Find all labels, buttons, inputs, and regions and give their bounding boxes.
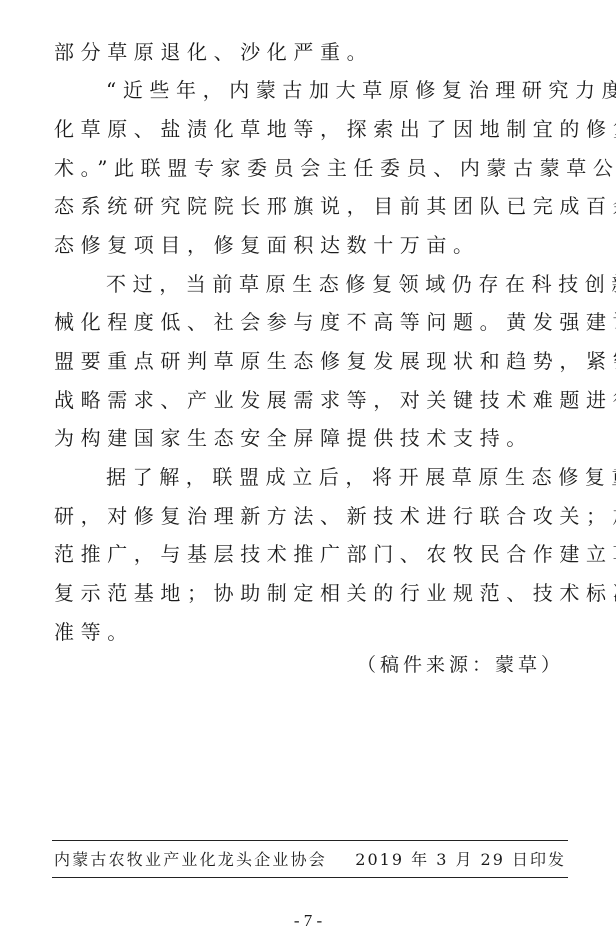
paragraph-line: 准等。 [54,613,564,652]
paragraph-line: 研，对修复治理新方法、新技术进行联合攻关；加强技术示 [54,497,564,536]
paragraph-line: 战略需求、产业发展需求等，对关键技术难题进行协同攻关， [54,381,564,420]
footer-organization: 内蒙古农牧业产业化龙头企业协会 [54,849,327,871]
paragraph-line: 态修复项目，修复面积达数十万亩。 [54,226,564,265]
footer-issue-date: 2019 年 3 月 29 日印发 [355,849,566,871]
footer-top-rule [52,840,568,841]
footer-bottom-rule [52,877,568,878]
paragraph-line: 范推广，与基层技术推广部门、农牧民合作建立草原生态修 [54,535,564,574]
paragraph-line: 盟要重点研判草原生态修复发展现状和趋势，紧密结合国家 [54,342,564,381]
paragraph-line: 据了解，联盟成立后，将开展草原生态修复重大问题调 [106,458,564,497]
paragraph-line: 复示范基地；协助制定相关的行业规范、技术标准和产品标 [54,574,564,613]
paragraph-line: “近些年，内蒙古加大草原修复治理研究力度，针对沙 [106,71,564,110]
paragraph-line: 化草原、盐渍化草地等，探索出了因地制宜的修复方法和技 [54,110,564,149]
paragraph-line: 械化程度低、社会参与度不高等问题。黄发强建议，这一联 [54,303,564,342]
source-attribution: （稿件来源：蒙草） [357,648,564,682]
paragraph-line: 为构建国家生态安全屏障提供技术支持。 [54,419,564,458]
paragraph-line: 部分草原退化、沙化严重。 [54,33,564,72]
page-number: - 7 - [0,911,616,931]
paragraph-line: 术。”此联盟专家委员会主任委员、内蒙古蒙草公司草原生 [54,149,564,188]
paragraph-line: 态系统研究院院长邢旗说，目前其团队已完成百余项草原生 [54,187,564,226]
paragraph-line: 不过，当前草原生态修复领域仍存在科技创新不足、机 [106,265,564,304]
